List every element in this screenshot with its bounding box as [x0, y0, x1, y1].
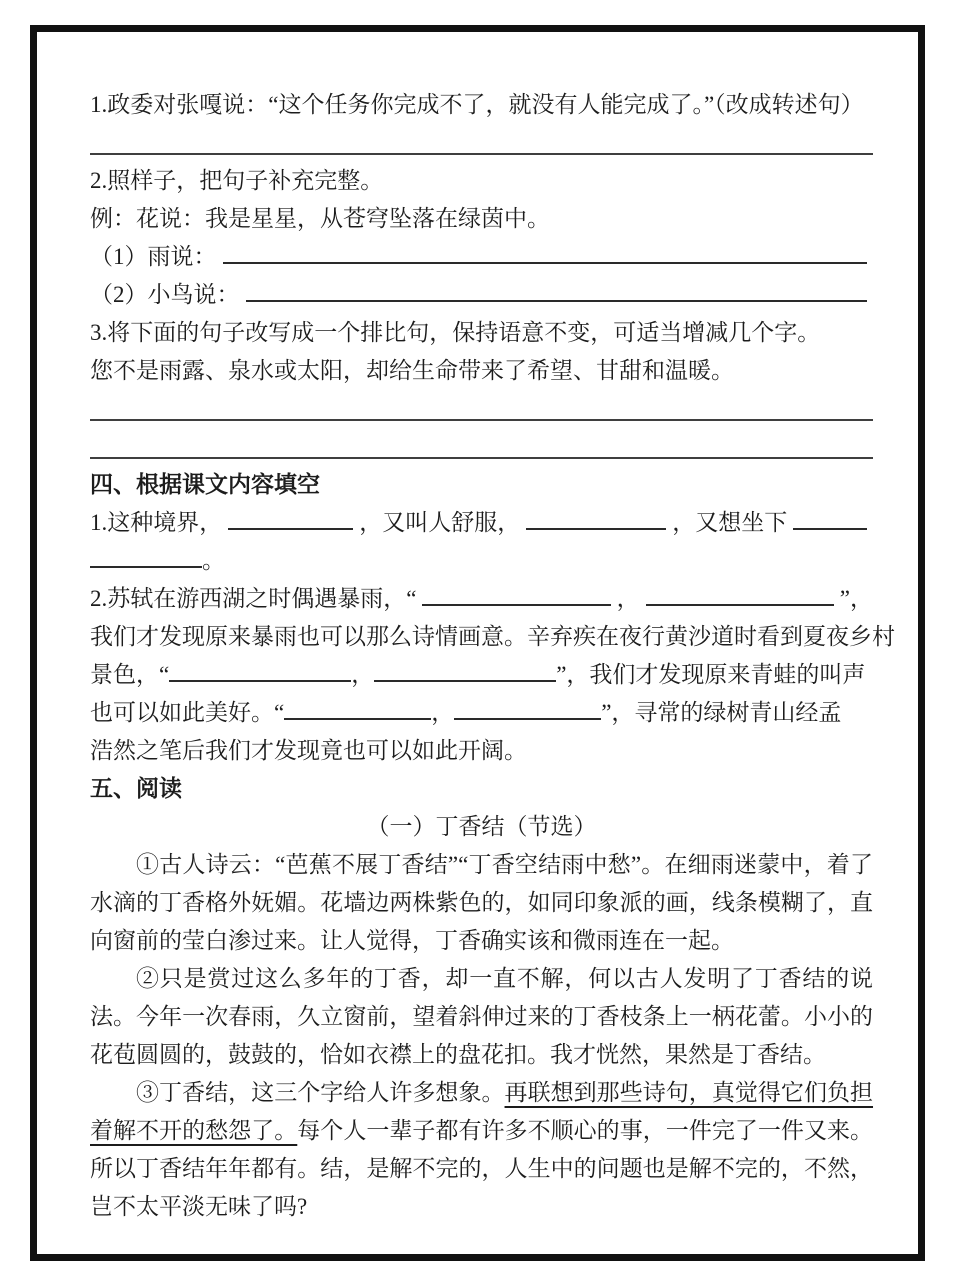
- fill-blank: [284, 694, 431, 720]
- q1-text: 1.这种境界，: [90, 504, 222, 542]
- item-2-label: （2）小鸟说：: [90, 276, 240, 314]
- section-4-q2-line-4: 也可以如此美好。“，”，寻常的绿树青山经孟: [90, 694, 873, 732]
- worksheet-content: 1.政委对张嘎说：“这个任务你完成不了，就没有人能完成了。”（改成转述句） 2.…: [37, 32, 918, 1226]
- section-4-q2-line-1: 2.苏轼在游西湖之时偶遇暴雨，“ ， ”，: [90, 580, 873, 618]
- answer-writing-line: [90, 390, 873, 428]
- answer-writing-line: [90, 124, 873, 162]
- fill-blank: [90, 542, 202, 568]
- section-4-q2-line-2: 我们才发现原来暴雨也可以那么诗情画意。辛弃疾在夜行黄沙道时看到夏夜乡村: [90, 618, 873, 656]
- passage-paragraph-1: ①古人诗云：“芭蕉不展丁香结”“丁香空结雨中愁”。在细雨迷蒙中，着了水滴的丁香格…: [90, 846, 873, 960]
- question-3-intro: 3.将下面的句子改写成一个排比句，保持语意不变，可适当增减几个字。: [90, 314, 873, 352]
- question-2-item-1: （1）雨说：: [90, 238, 873, 276]
- para3-text: ③丁香结，这三个字给人许多想象。: [136, 1080, 505, 1105]
- q2-text: 2.苏轼在游西湖之时偶遇暴雨，“: [90, 580, 416, 618]
- fill-blank: [646, 580, 834, 606]
- worksheet-page-frame: 1.政委对张嘎说：“这个任务你完成不了，就没有人能完成了。”（改成转述句） 2.…: [30, 25, 925, 1261]
- q2-text: ，: [431, 700, 454, 725]
- q2-text: ”，: [840, 580, 873, 618]
- q2-text: ”，我们才发现原来青蛙的叫声: [556, 662, 865, 687]
- item-1-label: （1）雨说：: [90, 238, 217, 276]
- fill-blank: [223, 238, 868, 264]
- section-4-q2-line-5: 浩然之笔后我们才发现竟也可以如此开阔。: [90, 732, 873, 770]
- answer-writing-line: [90, 428, 873, 466]
- fill-blank: [793, 504, 867, 530]
- section-5-title: 五、阅读: [90, 770, 873, 808]
- question-3-sentence: 您不是雨露、泉水或太阳，却给生命带来了希望、甘甜和温暖。: [90, 352, 873, 390]
- fill-blank: [422, 580, 610, 606]
- fill-blank: [454, 694, 601, 720]
- question-2-example: 例：花说：我是星星，从苍穹坠落在绿茵中。: [90, 200, 873, 238]
- fill-blank: [228, 504, 353, 530]
- section-4-q1-line-1: 1.这种境界， ，又叫人舒服， ，又想坐下: [90, 504, 873, 542]
- q2-text: 也可以如此美好。“: [90, 700, 284, 725]
- question-2-intro: 2.照样子，把句子补充完整。: [90, 162, 873, 200]
- question-2-item-2: （2）小鸟说：: [90, 276, 873, 314]
- section-4-title: 四、根据课文内容填空: [90, 466, 873, 504]
- fill-blank: [374, 656, 556, 682]
- q1-text: ，又叫人舒服，: [359, 504, 520, 542]
- fill-blank: [526, 504, 666, 530]
- q2-text: ，: [351, 662, 374, 687]
- passage-paragraph-3: ③丁香结，这三个字给人许多想象。再联想到那些诗句，真觉得它们负担着解不开的愁怨了…: [90, 1074, 873, 1226]
- fill-blank: [246, 276, 868, 302]
- q2-text: ”，寻常的绿树青山经孟: [601, 700, 841, 725]
- passage-title: （一）丁香结（节选）: [90, 808, 873, 846]
- question-1: 1.政委对张嘎说：“这个任务你完成不了，就没有人能完成了。”（改成转述句）: [90, 86, 873, 124]
- fill-blank: [169, 656, 351, 682]
- q1-text: 。: [202, 548, 225, 573]
- q1-text: ，又想坐下: [672, 504, 787, 542]
- q2-text: ，: [617, 580, 640, 618]
- passage-paragraph-2: ②只是赏过这么多年的丁香，却一直不解，何以古人发明了丁香结的说法。今年一次春雨，…: [90, 960, 873, 1074]
- section-4-q1-line-2: 。: [90, 542, 873, 580]
- section-4-q2-line-3: 景色，“，”，我们才发现原来青蛙的叫声: [90, 656, 873, 694]
- q2-text: 景色，“: [90, 662, 169, 687]
